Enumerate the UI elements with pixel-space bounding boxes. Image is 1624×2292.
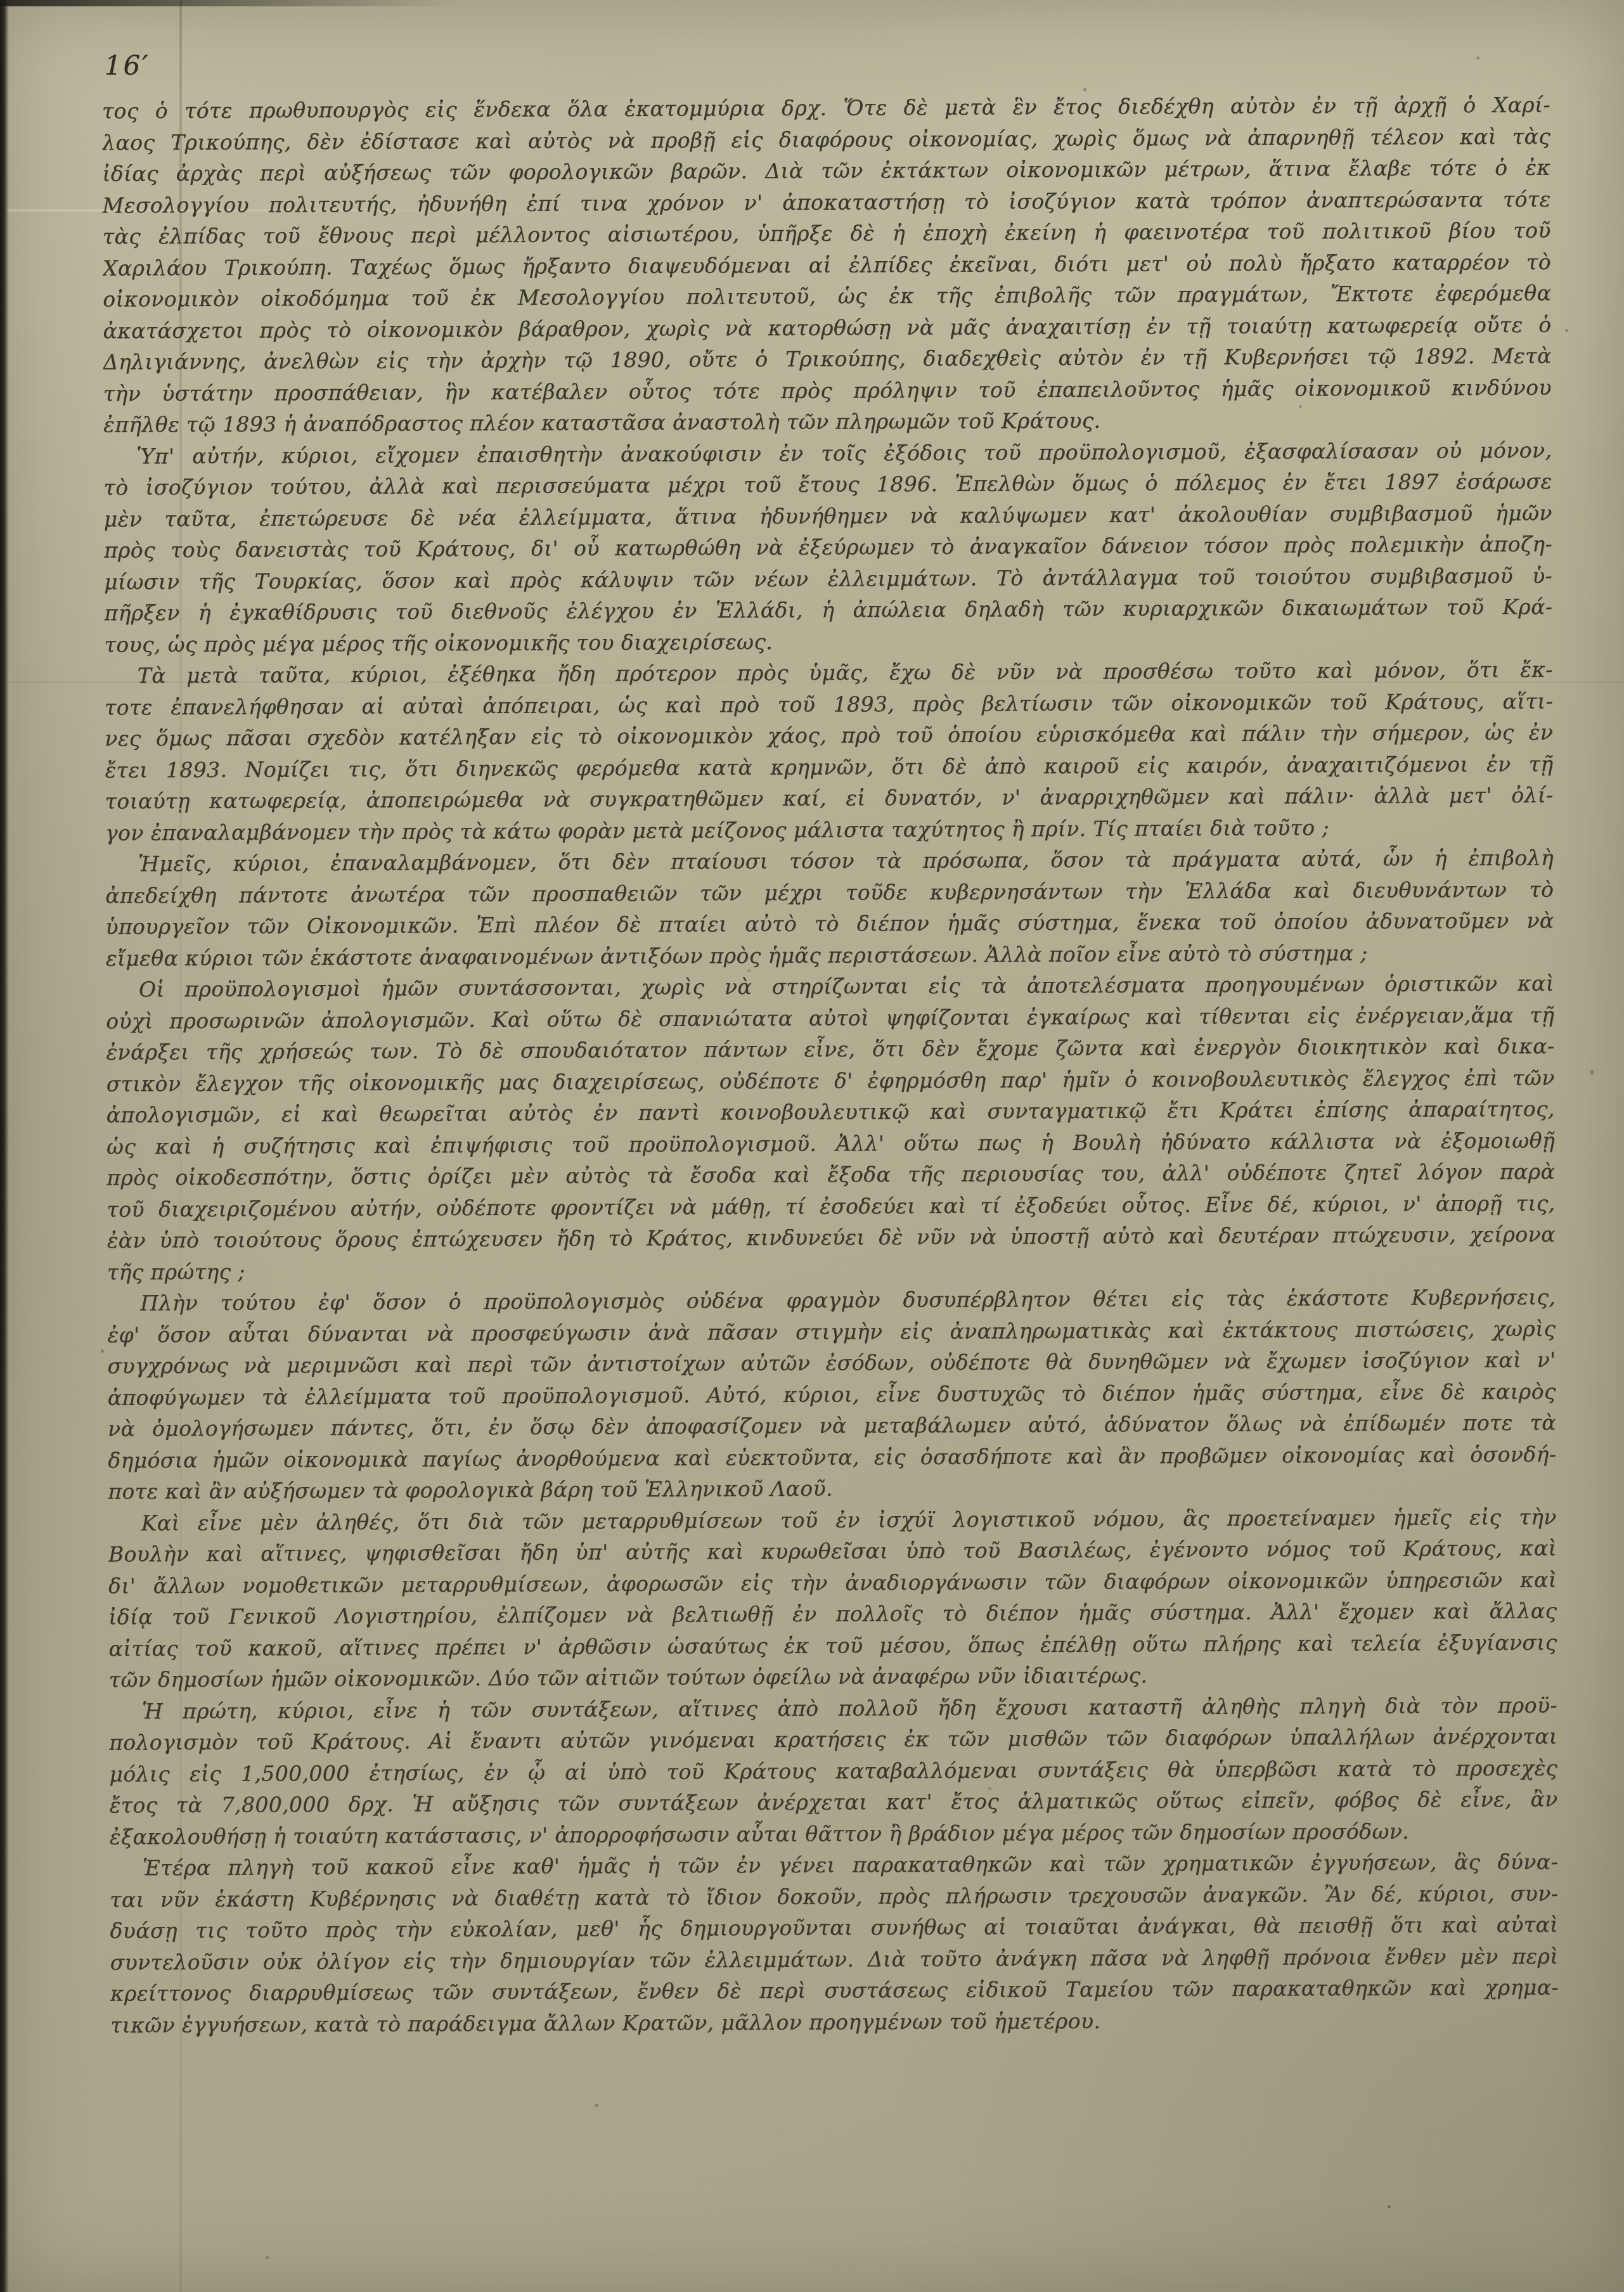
paragraph: Τὰ μετὰ ταῦτα, κύριοι, ἐξέθηκα ἤδη πρότε… [105,654,1554,849]
paragraph: Ἡμεῖς, κύριοι, ἐπαναλαμβάνομεν, ὅτι δὲν … [105,842,1554,974]
scan-edge-shadow-top [0,0,570,6]
text-line: πῆρξεν ἡ ἐγκαθίδρυσις τοῦ διεθνοῦς ἐλέγχ… [104,591,1552,629]
text-line: ἐὰν ὑπὸ τοιούτους ὅρους ἐπτώχευσεν ἤδη τ… [107,1219,1556,1256]
paragraph: Οἱ προϋπολογισμοὶ ἡμῶν συντάσσονται, χωρ… [106,968,1556,1288]
paragraph: Ἑτέρα πληγὴ τοῦ κακοῦ εἶνε καθ' ἡμᾶς ἡ τ… [110,1846,1559,2041]
page-number: 16′ [104,49,150,80]
paragraph: Ὑπ' αὐτήν, κύριοι, εἴχομεν ἐπαισθητὴν ἀν… [103,434,1552,660]
scanned-document-page: 16′ τος ὁ τότε πρωθυπουργὸς εἰς ἕνδεκα ὅ… [0,0,1624,2292]
text-line: τικῶν ἐγγυήσεων, κατὰ τὸ παράδειγμα ἄλλω… [110,2003,1559,2040]
text-line: δημόσια ἡμῶν οἰκονομικὰ παγίως ἀνορθούμε… [108,1438,1556,1476]
scan-edge-shadow-left [0,0,9,2292]
paragraph: Ἡ πρώτη, κύριοι, εἶνε ἡ τῶν συντάξεων, α… [109,1689,1558,1852]
text-line: τὴν ὑστάτην προσπάθειαν, ἣν κατέβαλεν οὗ… [103,371,1552,409]
text-line: τοιαύτῃ κατωφερείᾳ, ἀποπειρώμεθα νὰ συγκ… [105,780,1554,817]
paragraph: Πλὴν τούτου ἐφ' ὅσον ὁ προϋπολογισμὸς οὐ… [107,1282,1556,1507]
document-text: τος ὁ τότε πρωθυπουργὸς εἰς ἕνδεκα ὅλα ἑ… [102,89,1559,2041]
paragraph: Καὶ εἶνε μὲν ἀληθές, ὅτι διὰ τῶν μεταρρυ… [108,1501,1557,1696]
text-line: αἰτίας τοῦ κακοῦ, αἵτινες πρέπει ν' ἀρθῶ… [108,1626,1557,1664]
scan-skew-wrapper: 16′ τος ὁ τότε πρωθυπουργὸς εἰς ἕνδεκα ὅ… [0,0,1624,2292]
paragraph: τος ὁ τότε πρωθυπουργὸς εἰς ἕνδεκα ὅλα ἑ… [102,89,1552,441]
text-line: κρείττονος διαρρυθμίσεως τῶν συντάξεων, … [110,1972,1559,2009]
